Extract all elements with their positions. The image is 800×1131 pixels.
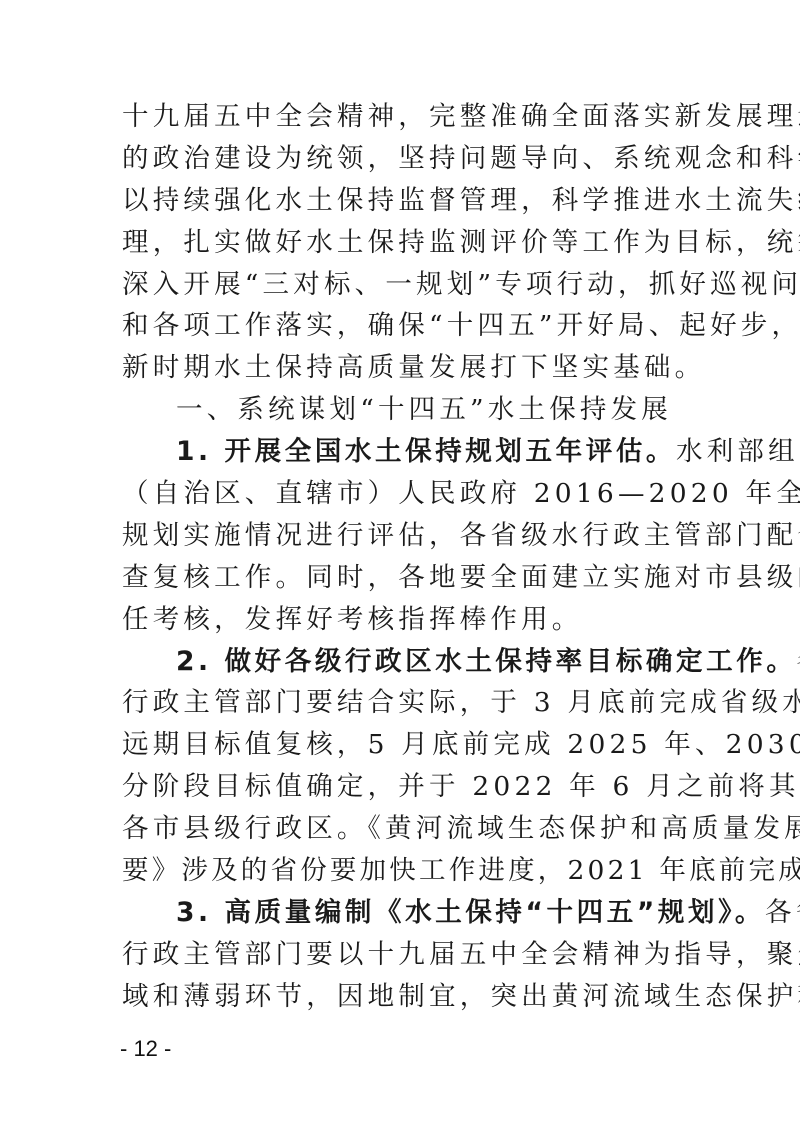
- item-1-text: 水利部组织对各省: [676, 436, 800, 467]
- item-2-title: 2. 做好各级行政区水土保持率目标确定工作。: [176, 646, 796, 677]
- body-line: 深入开展“三对标、一规划”专项行动，抓好巡视问题整改: [122, 264, 692, 306]
- item-2-first-line: 2. 做好各级行政区水土保持率目标确定工作。各省级水: [122, 641, 692, 683]
- body-line: 域和薄弱环节，因地制宜，突出黄河流域生态保护和高质量: [122, 976, 692, 1018]
- item-3-title: 3. 高质量编制《水土保持“十四五”规划》。: [176, 897, 765, 928]
- section-heading: 一、系统谋划“十四五”水土保持发展: [122, 389, 692, 431]
- body-line: 要》涉及的省份要加快工作进度，2021 年底前完成分解工作。: [122, 850, 692, 892]
- body-line: 远期目标值复核，5 月底前完成 2025 年、2030 年、2035 年: [122, 724, 692, 766]
- body-line: 行政主管部门要结合实际，于 3 月底前完成省级水土保持率: [122, 682, 692, 724]
- body-line: 和各项工作落实，确保“十四五”开好局、起好步，为推动: [122, 305, 692, 347]
- body-line: 行政主管部门要以十九届五中全会精神为指导，聚焦关键领: [122, 934, 692, 976]
- document-page: 十九届五中全会精神，完整准确全面落实新发展理念，以党 的政治建设为统领，坚持问题…: [0, 0, 800, 1131]
- body-line: 的政治建设为统领，坚持问题导向、系统观念和科学思维，: [122, 138, 692, 180]
- body-line: 理，扎实做好水土保持监测评价等工作为目标，统筹谋划，: [122, 222, 692, 264]
- item-3-first-line: 3. 高质量编制《水土保持“十四五”规划》。各省级水: [122, 892, 692, 934]
- item-3-text: 各省级水: [765, 897, 800, 928]
- item-2-text: 各省级水: [796, 646, 800, 677]
- body-line: 分阶段目标值确定，并于 2022 年 6 月之前将其分解落实到: [122, 766, 692, 808]
- body-line: （自治区、直辖市）人民政府 2016—2020 年全国水土保持: [122, 473, 692, 515]
- body-line: 以持续强化水土保持监督管理，科学推进水土流失综合治: [122, 180, 692, 222]
- body-line: 十九届五中全会精神，完整准确全面落实新发展理念，以党: [122, 96, 692, 138]
- document-body: 十九届五中全会精神，完整准确全面落实新发展理念，以党 的政治建设为统领，坚持问题…: [122, 96, 692, 1018]
- item-1-first-line: 1. 开展全国水土保持规划五年评估。水利部组织对各省: [122, 431, 692, 473]
- body-line: 查复核工作。同时，各地要全面建立实施对市县级的目标责: [122, 557, 692, 599]
- item-1-title: 1. 开展全国水土保持规划五年评估。: [176, 436, 676, 467]
- body-line: 任考核，发挥好考核指挥棒作用。: [122, 599, 692, 641]
- page-number: - 12 -: [120, 1036, 171, 1062]
- body-line: 规划实施情况进行评估，各省级水行政主管部门配合做好抽: [122, 515, 692, 557]
- body-line: 各市县级行政区。《黄河流域生态保护和高质量发展规划纲: [122, 808, 692, 850]
- body-line: 新时期水土保持高质量发展打下坚实基础。: [122, 347, 692, 389]
